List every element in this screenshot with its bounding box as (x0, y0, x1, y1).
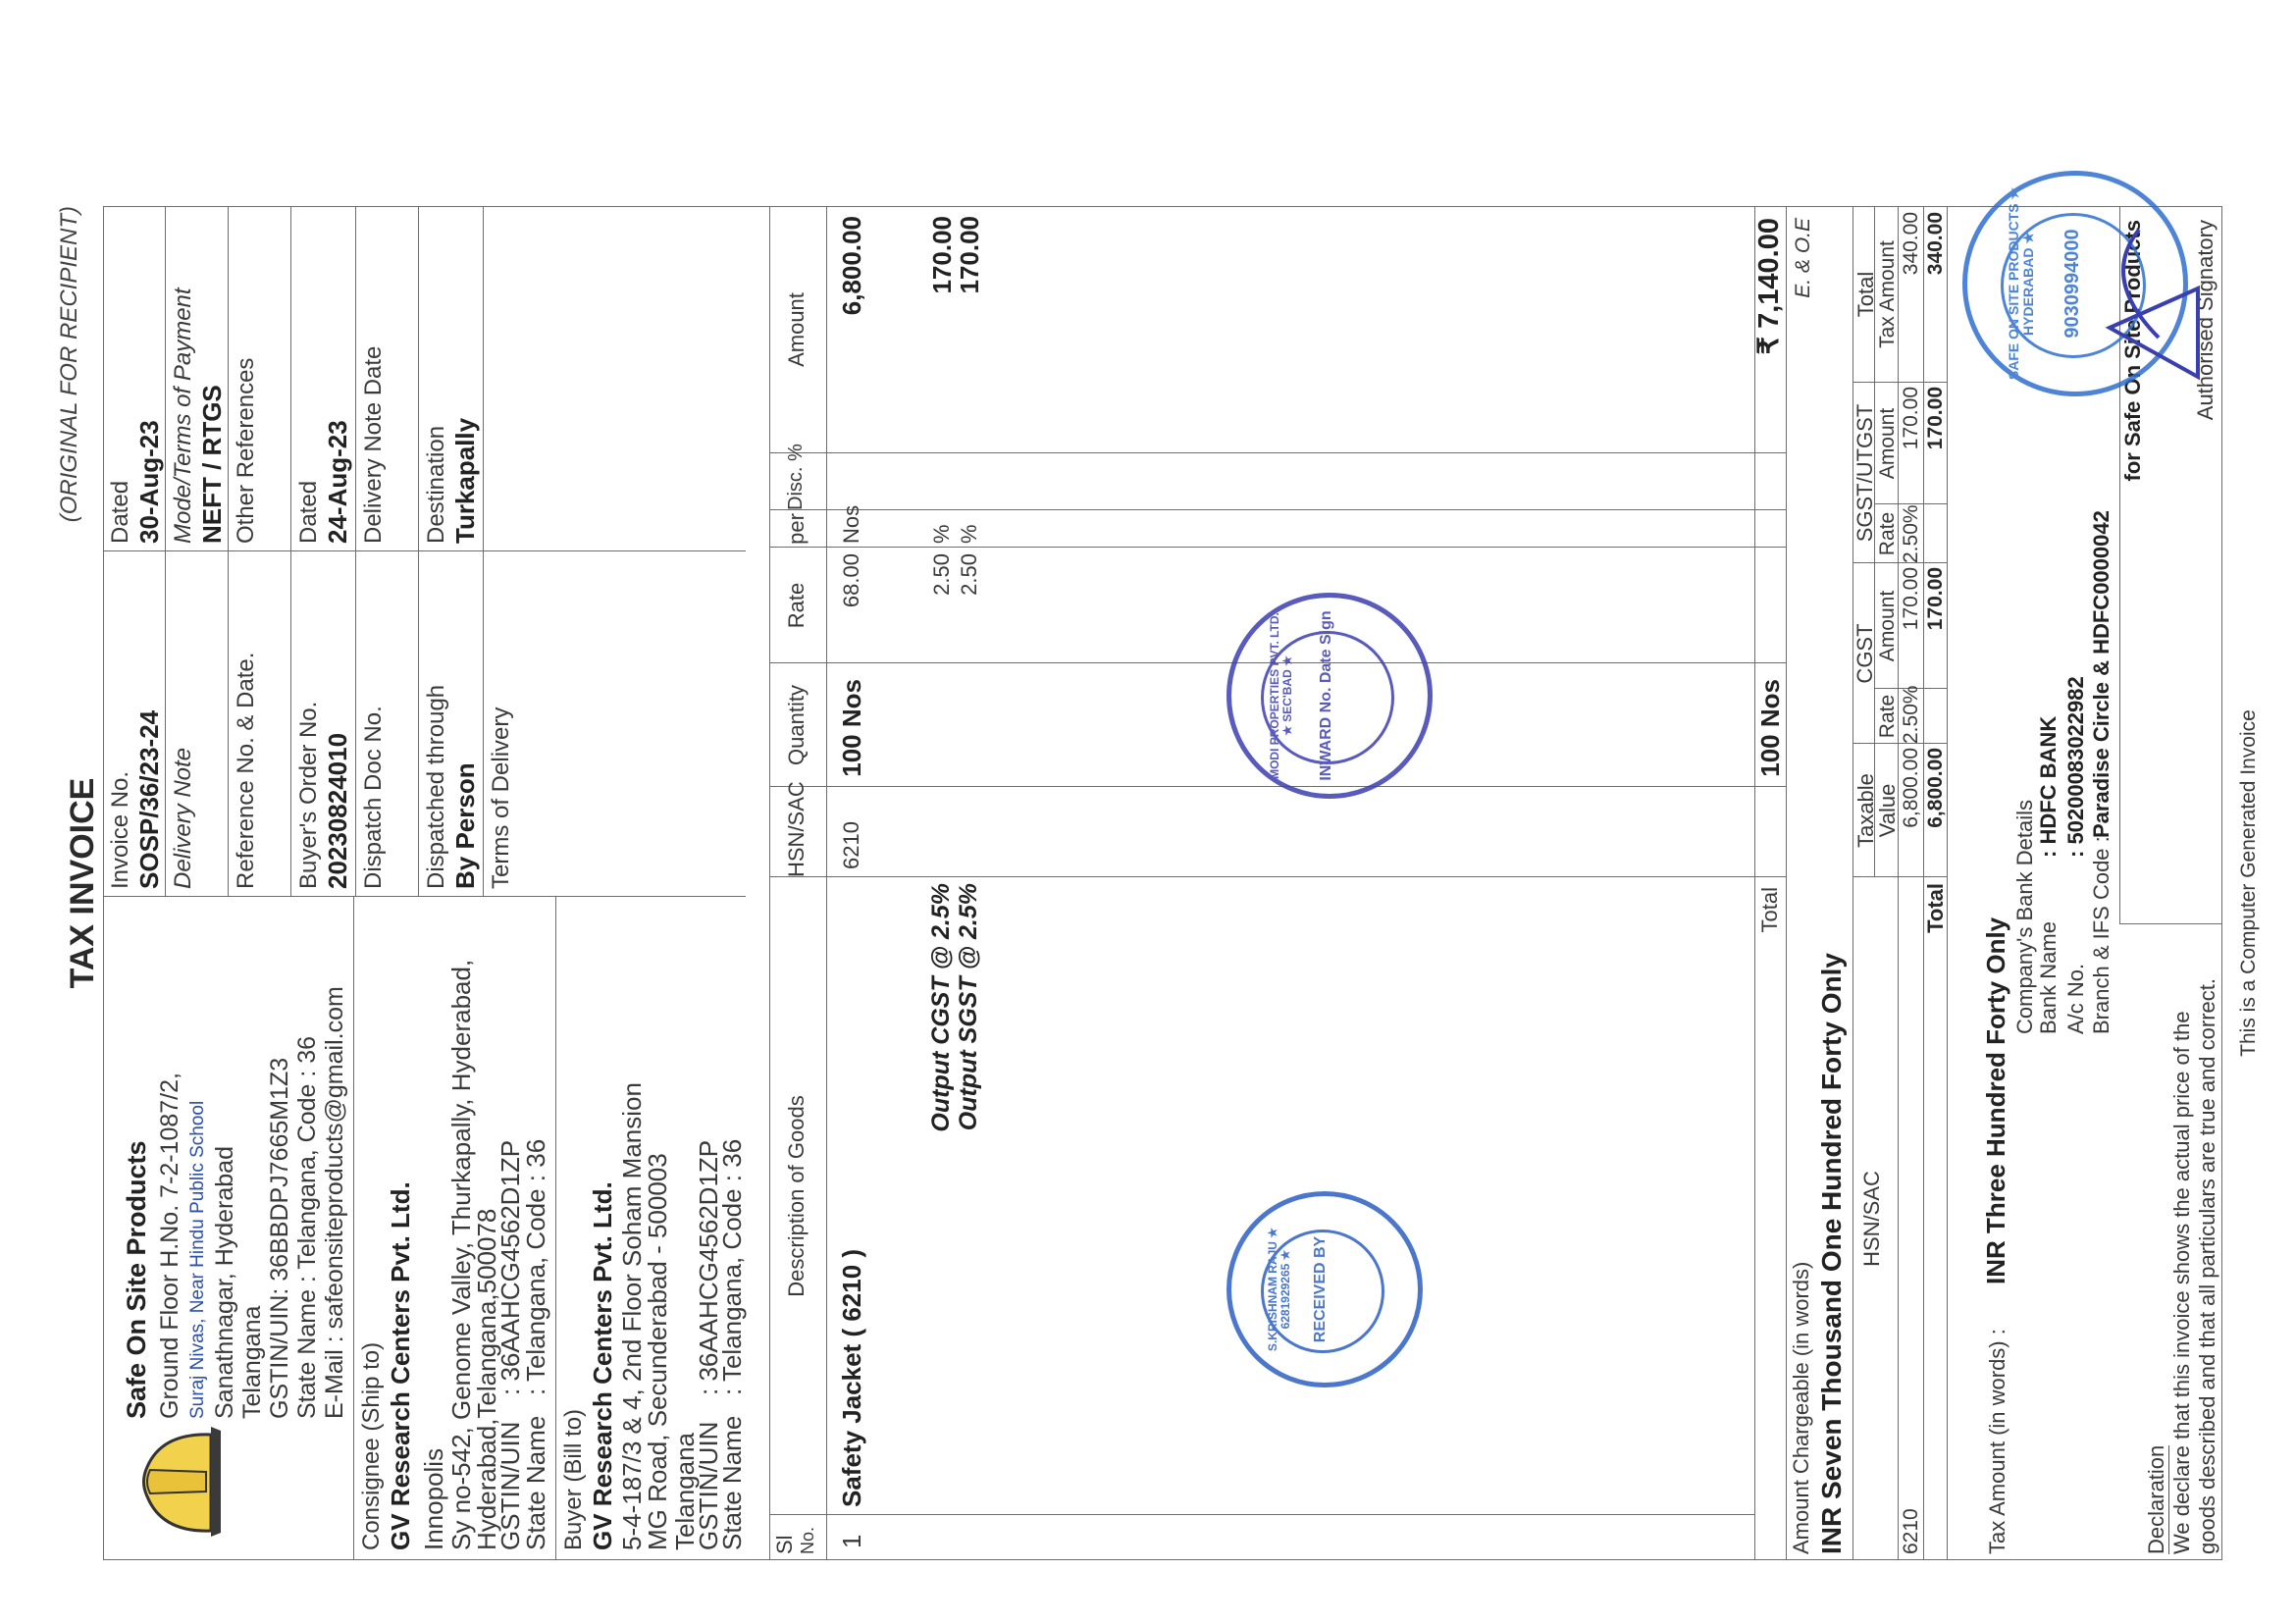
summary-col-sgst: SGST/UTGST (1853, 383, 1877, 563)
divider (769, 206, 770, 1560)
col-per: per (785, 510, 809, 548)
col-rate: Rate (785, 548, 809, 663)
mode-label: Mode/Terms of Payment (171, 288, 196, 544)
summary-col-tax-amount: Tax Amount (1876, 206, 1899, 383)
col-sl: Sl (773, 1535, 797, 1554)
signature (2080, 210, 2218, 396)
amount-words: INR Seven Thousand One Hundred Forty Onl… (1817, 953, 1848, 1554)
summary-sgst-amount: 170.00 (1900, 387, 1922, 504)
divider (826, 206, 827, 1560)
summary-total-tax-amount: 340.00 (1924, 212, 1947, 383)
summary-cgst-amount: 170.00 (1900, 567, 1922, 689)
account-no: : 50200083022982 (2064, 676, 2088, 858)
consignee-state: : Telangana, Code : 36 (522, 1139, 550, 1395)
divider (103, 550, 746, 551)
summary-hsn: 6210 (1900, 1508, 1922, 1554)
summary-col-cgst-rate: Rate (1876, 689, 1899, 744)
declaration-line: We declare that this invoice shows the a… (2170, 1011, 2194, 1554)
summary-taxable: 6,800.00 (1900, 748, 1922, 877)
seller-email: E-Mail : safeonsiteproducts@gmail.com (322, 986, 349, 1419)
seller-address: Telangana (239, 1306, 267, 1419)
divider (355, 206, 356, 897)
divider (290, 206, 291, 897)
tax-line-amount: 170.00 (956, 216, 984, 451)
receiver-stamp: INWARD No. Date Sign MODI PROPERTIES PVT… (1226, 593, 1433, 799)
divider (769, 509, 1786, 510)
divider (483, 206, 484, 897)
stamp-text: MODI PROPERTIES PVT. LTD. ★ SEC'BAD ★ (1269, 607, 1294, 784)
summary-col-total: Total (1854, 206, 1878, 383)
col-no: No. (799, 1527, 818, 1554)
table-row: Total 6,800.00 170.00 170.00 340.00 (1924, 206, 1948, 1560)
item-quantity: 100 Nos (838, 679, 866, 787)
seller-address: Suraj Nivas, Near Hindu Public School (188, 1101, 209, 1419)
tax-line-per: % (958, 524, 981, 544)
consignee-heading: Consignee (Ship to) (359, 1342, 385, 1550)
branch-label: Branch & IFS Code : (2090, 836, 2113, 1034)
eoe: E. & O.E (1792, 218, 1814, 453)
col-description: Description of Goods (785, 877, 809, 1515)
item-per: Nos (840, 505, 863, 544)
seller-name: Safe On Site Products (123, 1140, 152, 1419)
account-label: A/c No. (2064, 964, 2088, 1034)
divider (165, 206, 166, 897)
seller-state: State Name : Telangana, Code : 36 (294, 1036, 322, 1419)
divider (103, 896, 746, 897)
total-quantity: 100 Nos (1756, 679, 1785, 787)
item-rate: 68.00 (840, 553, 863, 663)
item-description: Safety Jacket ( 6210 ) (838, 1249, 866, 1507)
summary-col-cgst-amount: Amount (1876, 563, 1899, 689)
summary-sgst-rate: 2.50% (1900, 506, 1922, 563)
summary-total-cgst: 170.00 (1924, 567, 1947, 689)
tax-line-label: Output CGST @ 2.5% (928, 883, 956, 1266)
total-amount: ₹ 7,140.00 (1754, 218, 1786, 453)
divider (769, 876, 1786, 877)
dispatch-doc-label: Dispatch Doc No. (361, 706, 387, 889)
buyer-name: GV Research Centers Pvt. Ltd. (589, 1181, 617, 1550)
destination: Turkapally (451, 418, 480, 544)
col-amount: Amount (785, 206, 809, 453)
item-amount: 6,800.00 (838, 216, 866, 451)
amount-words-label: Amount Chargeable (in words) (1790, 1262, 1813, 1554)
stamp-text: SAFE ON SITE PRODUCTS ★ HYDERABAD ★ (2007, 176, 2037, 392)
other-ref-label: Other References (234, 358, 259, 544)
summary-cgst-rate: 2.50% (1900, 691, 1922, 744)
divider (418, 206, 419, 897)
total-label: Total (1758, 887, 1782, 1132)
declaration-heading: Declaration (2145, 1445, 2169, 1554)
consignee-state-label: State Name (522, 1416, 550, 1550)
col-hsn: HSN/SAC (785, 787, 809, 877)
bank-name: : HDFC BANK (2037, 716, 2061, 858)
tax-line-label: Output SGST @ 2.5% (956, 883, 983, 1266)
dispatched-through-label: Dispatched through (424, 685, 449, 889)
stamp-text: INWARD No. Date Sign (1318, 598, 1335, 794)
consignee-address: Innopolis (420, 1448, 448, 1550)
table-row: 1 Safety Jacket ( 6210 ) 6210 100 Nos 68… (834, 206, 893, 1560)
col-quantity: Quantity (785, 663, 809, 787)
divider (555, 897, 556, 1560)
divider (769, 1514, 1754, 1515)
bank-name-label: Bank Name (2037, 921, 2061, 1034)
footer-note: This is a Computer Generated Invoice (2237, 206, 2260, 1560)
seller-gstin: GSTIN/UIN: 36BBDPJ7665M1Z3 (267, 1058, 294, 1419)
col-disc: Disc. % (785, 453, 807, 510)
tax-words: INR Three Hundred Forty Only (1982, 917, 2010, 1284)
summary-col-hsn: HSN/SAC (1860, 877, 1884, 1560)
summary-col-sgst-rate: Rate (1876, 504, 1899, 563)
reference-label: Reference No. & Date. (234, 653, 259, 889)
divider (769, 786, 1786, 787)
summary-col-value: Value (1876, 744, 1900, 877)
order-dated-label: Dated (296, 481, 322, 544)
tax-line-rate: 2.50 (958, 553, 981, 663)
invoice-date: 30-Aug-23 (135, 420, 164, 544)
tax-line-per: % (930, 524, 954, 544)
summary-total-sgst: 170.00 (1924, 387, 1947, 504)
destination-label: Destination (424, 426, 449, 544)
buyer-order-label: Buyer's Order No. (296, 702, 322, 889)
buyer-order-no: 20230824010 (324, 733, 352, 889)
dated-label: Dated (108, 481, 133, 544)
buyer-state-label: State Name (718, 1416, 747, 1550)
received-by-stamp: RECEIVED BY S.KRISHNAM RAJU ★ 6281929265… (1226, 1191, 1423, 1387)
tax-line-amount: 170.00 (928, 216, 957, 451)
dispatched-through: By Person (451, 762, 480, 889)
branch: Paradise Circle & HDFC0000042 (2090, 510, 2113, 838)
summary-total-label: Total (1924, 883, 1948, 1089)
copy-label: (ORIGINAL FOR RECIPIENT) (57, 206, 82, 522)
divider (353, 897, 354, 1560)
bank-heading: Company's Bank Details (2013, 800, 2037, 1034)
table-row: 6210 6,800.00 2.50% 170.00 2.50% 170.00 … (1900, 206, 1923, 1560)
consignee-name: GV Research Centers Pvt. Ltd. (387, 1181, 415, 1550)
seller-address: Sanathnagar, Hyderabad (212, 1146, 239, 1419)
helmet-icon (123, 1423, 240, 1541)
stamp-text: S.KRISHNAM RAJU ★ 6281929265 ★ (1267, 1206, 1292, 1373)
declaration-line: goods described and that all particulars… (2196, 978, 2219, 1554)
seller-address: Ground Floor H.No. 7-2-1087/2, (157, 1073, 184, 1419)
item-sl: 1 (838, 1535, 866, 1548)
summary-total-taxable: 6,800.00 (1924, 748, 1947, 877)
buyer-heading: Buyer (Bill to) (561, 1409, 587, 1550)
divider (228, 206, 229, 897)
invoice-no: SOSP/36/23-24 (135, 710, 164, 889)
delivery-note-label: Delivery Note (171, 748, 196, 889)
divider (769, 547, 1786, 548)
summary-col-cgst: CGST (1853, 563, 1877, 744)
summary-total-tax: 340.00 (1900, 212, 1922, 383)
buyer-address: MG Road, Secunderabad - 500003 (644, 1153, 672, 1550)
divider (1786, 206, 1787, 1560)
terms-label: Terms of Delivery (489, 707, 514, 889)
divider (769, 452, 1786, 453)
item-hsn: 6210 (840, 821, 863, 869)
buyer-state: : Telangana, Code : 36 (718, 1139, 747, 1395)
summary-col-sgst-amount: Amount (1876, 383, 1899, 504)
tax-words-label: Tax Amount (in words) : (1986, 1329, 2009, 1554)
order-date: 24-Aug-23 (324, 420, 352, 544)
tax-line-rate: 2.50 (930, 553, 954, 663)
invoice-no-label: Invoice No. (108, 771, 133, 889)
payment-mode: NEFT / RTGS (198, 385, 227, 544)
table-row: Output SGST @ 2.5% 2.50 % 170.00 (956, 206, 987, 1560)
delivery-note-date-label: Delivery Note Date (361, 346, 387, 544)
stamp-text: RECEIVED BY (1312, 1196, 1330, 1383)
invoice-page: TAX INVOICE (ORIGINAL FOR RECIPIENT) Saf… (0, 0, 2296, 1623)
